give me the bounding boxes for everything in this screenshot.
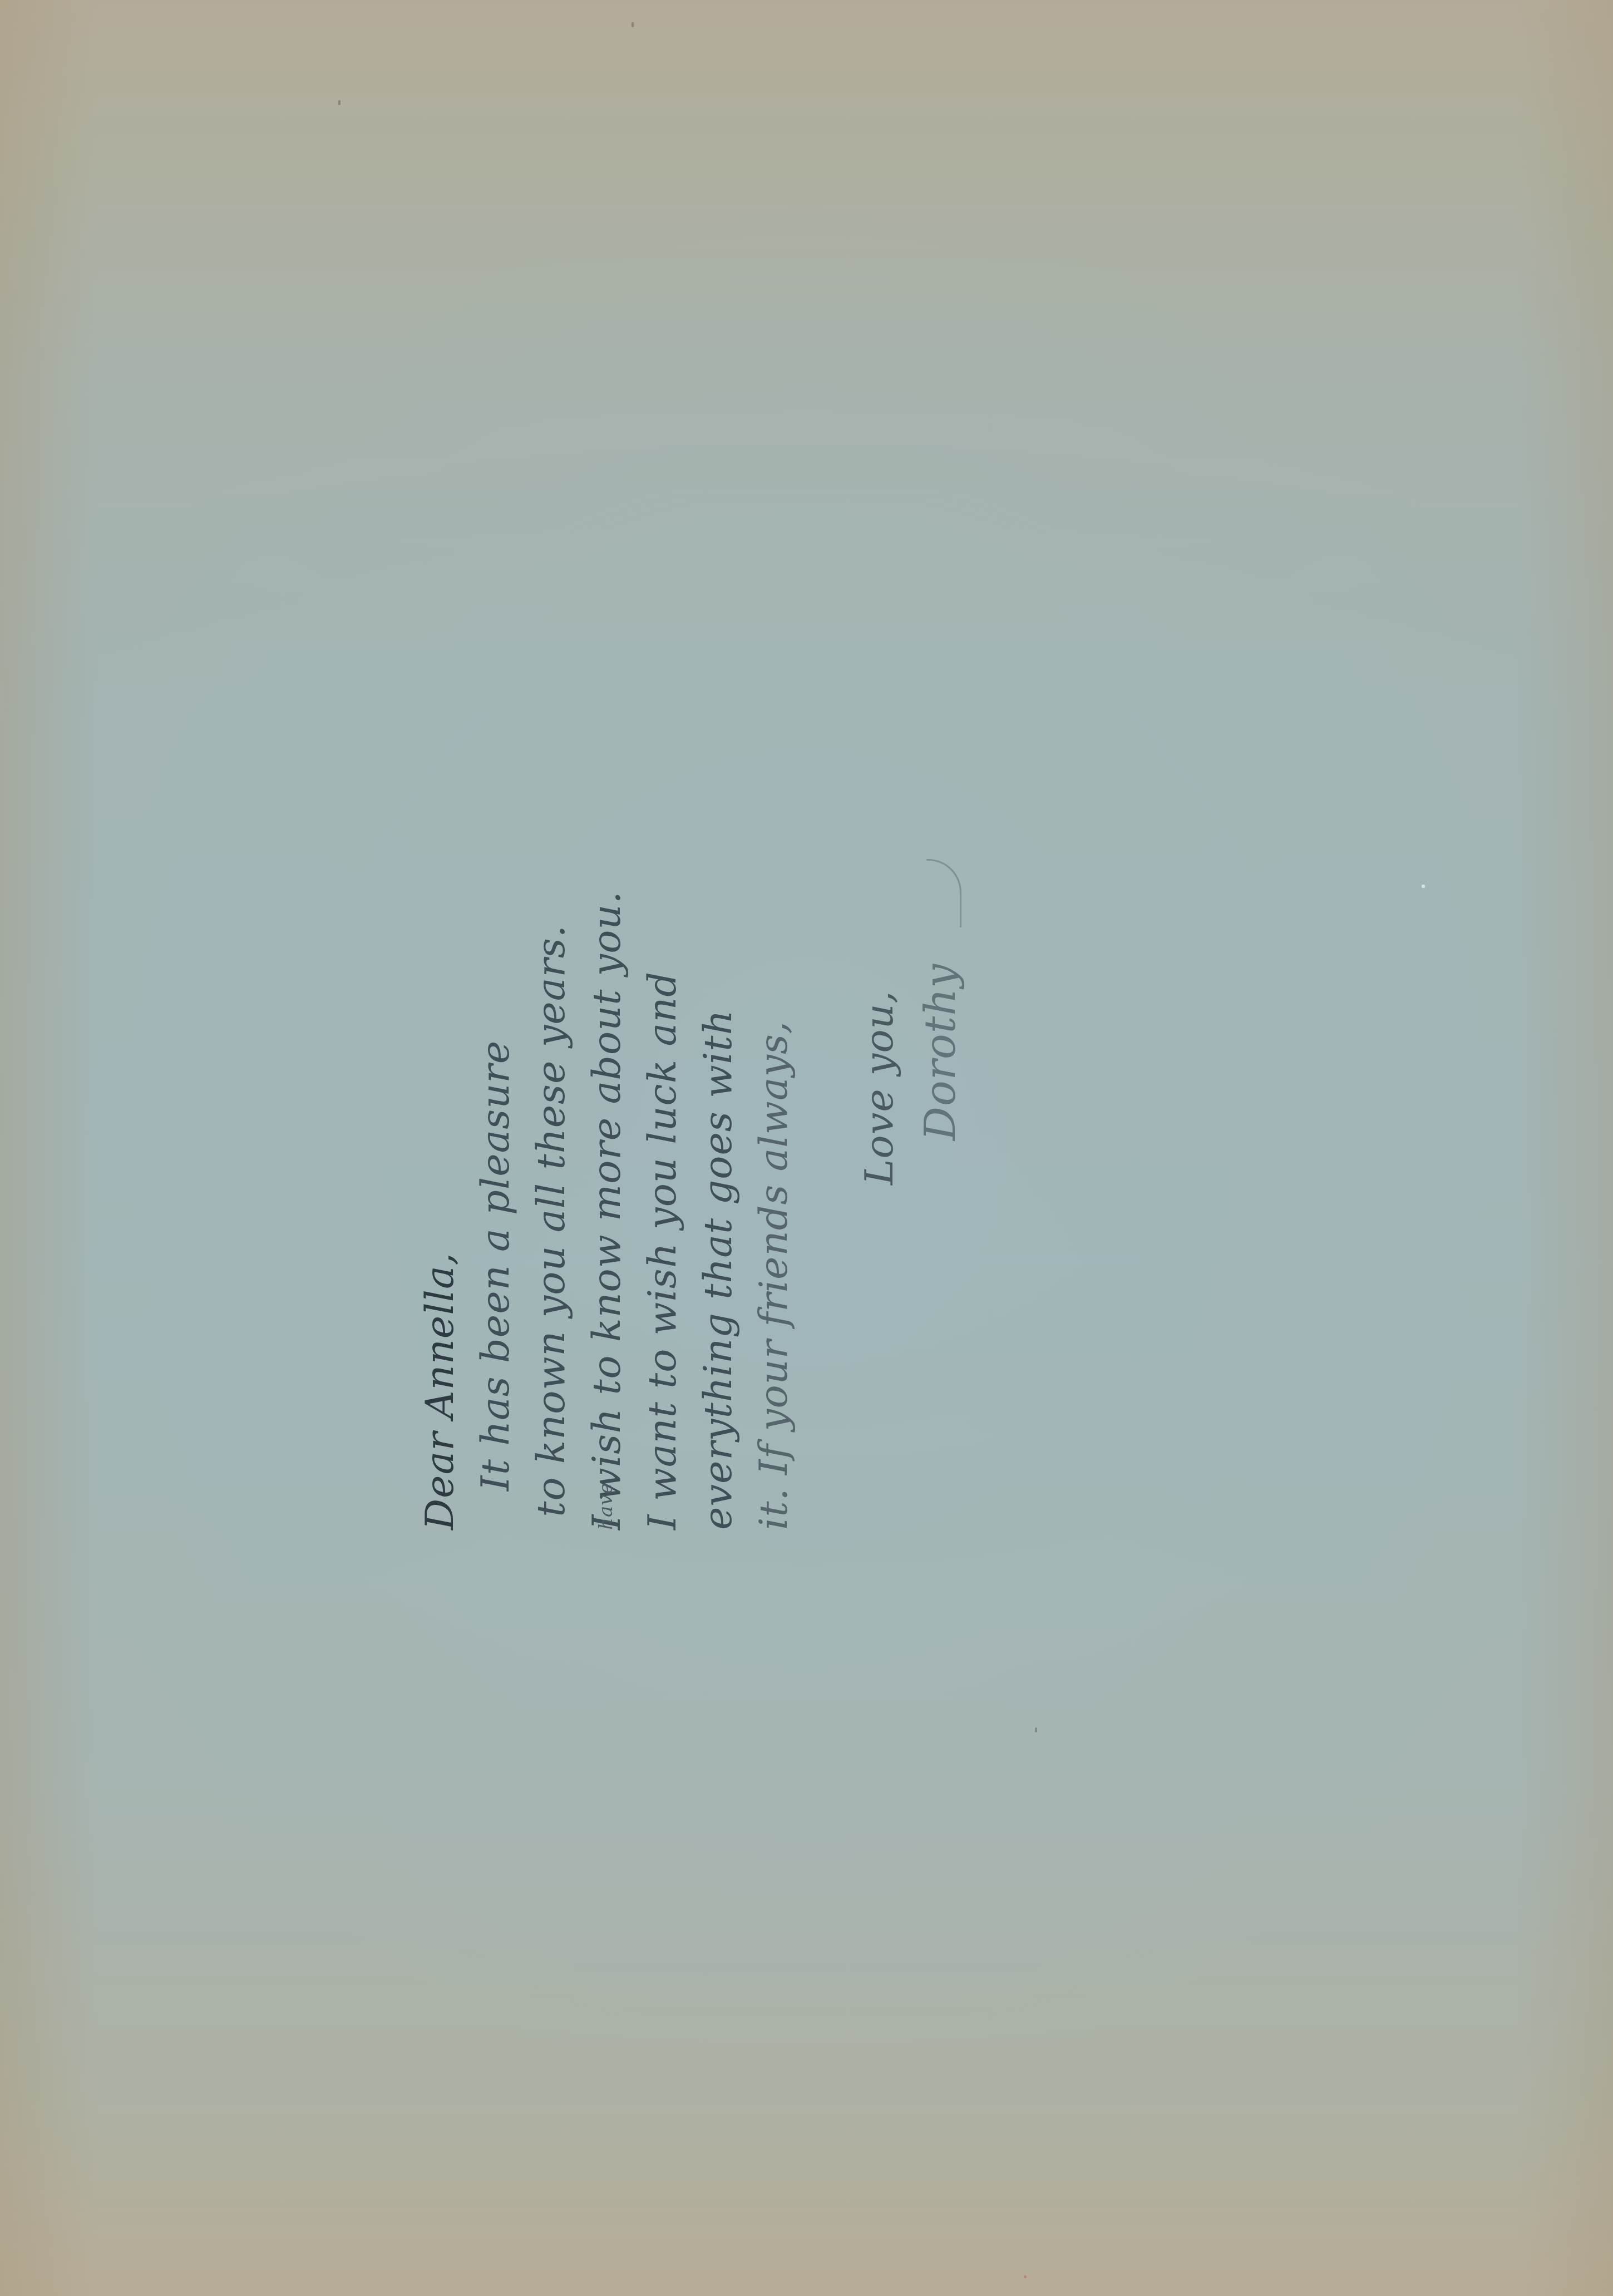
signature-name: Dorothy	[915, 964, 965, 1140]
body-line-5: everything that goes with	[690, 796, 746, 1530]
closing: Love you,	[851, 796, 907, 1530]
handwritten-letter: Dear Annella, It has been a pleasure hav…	[412, 796, 968, 1530]
signature: Dorothy	[912, 796, 968, 1530]
paper-speck	[632, 22, 634, 27]
paper-speck	[1035, 1727, 1037, 1732]
body-line-2-text: to known you all these years.	[528, 925, 574, 1517]
inserted-word: have	[596, 1483, 615, 1530]
salutation: Dear Annella,	[412, 796, 467, 1530]
body-line-6-start: it.	[751, 1488, 796, 1530]
body-line-2: have to known you all these years.	[523, 796, 579, 1530]
body-line-3: I wish to know more about you.	[579, 796, 634, 1530]
signature-flourish-icon	[926, 859, 961, 927]
paper-speck	[1422, 885, 1425, 888]
body-line-6-text: your friends always,	[751, 1021, 796, 1431]
paper-speck	[338, 100, 341, 105]
body-line-6: it. If your friends always,	[746, 796, 801, 1530]
body-line-6-prefix: If	[751, 1444, 796, 1475]
body-line-4: I want to wish you luck and	[634, 796, 690, 1530]
paper-speck	[1024, 2275, 1027, 2278]
body-line-1: It has been a pleasure	[467, 796, 523, 1530]
